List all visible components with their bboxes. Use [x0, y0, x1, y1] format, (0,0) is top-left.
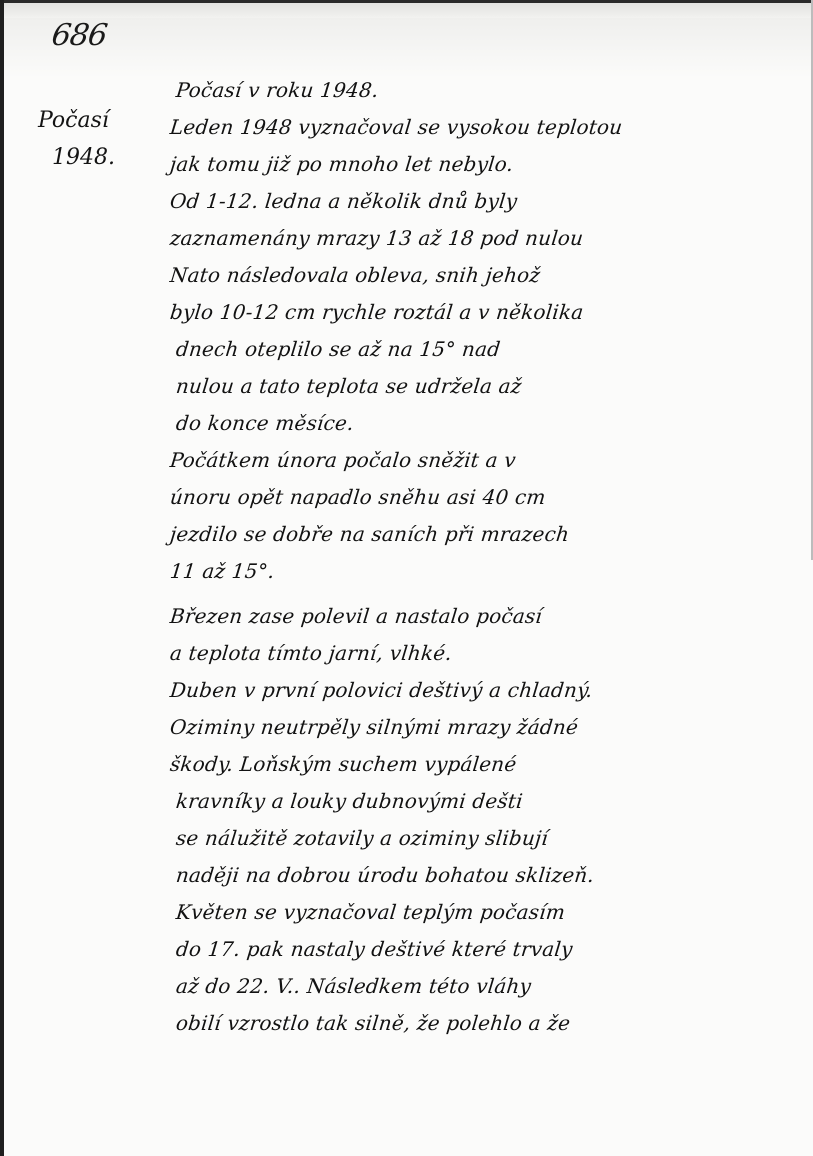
page-number: 686 — [50, 18, 109, 53]
section-title: Počasí v roku 1948. — [168, 72, 802, 109]
margin-note-year: 1948. — [52, 145, 115, 170]
scan-top-edge — [0, 0, 813, 18]
text-line: zaznamenány mrazy 13 až 18 pod nulou — [168, 220, 802, 257]
text-line: a teplota tímto jarní, vlhké. — [168, 635, 802, 672]
scan-left-edge — [0, 0, 4, 1156]
text-line: dnech oteplilo se až na 15° nad — [168, 331, 802, 368]
text-line: Oziminy neutrpěly silnými mrazy žádné — [168, 709, 802, 746]
text-line: do 17. pak nastaly deštivé které trvaly — [168, 931, 802, 968]
text-line: Květen se vyznačoval teplým počasím — [168, 894, 802, 931]
text-line: 11 až 15°. — [168, 553, 802, 590]
text-line: Nato následovala obleva, snih jehož — [168, 257, 802, 294]
text-line: do konce měsíce. — [168, 405, 802, 442]
handwritten-text: Počasí v roku 1948. Leden 1948 vyznačova… — [170, 72, 800, 1042]
text-line: Březen zase polevil a nastalo počasí — [168, 598, 802, 635]
margin-note-topic: Počasí — [38, 108, 109, 133]
text-line: Od 1-12. ledna a několik dnů byly — [168, 183, 802, 220]
text-line: bylo 10-12 cm rychle roztál a v několika — [168, 294, 802, 331]
text-line: škody. Loňským suchem vypálené — [168, 746, 802, 783]
text-line: nulou a tato teplota se udržela až — [168, 368, 802, 405]
text-line: Počátkem února počalo sněžit a v — [168, 442, 802, 479]
text-line: kravníky a louky dubnovými dešti — [168, 783, 802, 820]
text-line: jak tomu již po mnoho let nebylo. — [168, 146, 802, 183]
text-line: se nálužitě zotavily a oziminy slibují — [168, 820, 802, 857]
text-line: Duben v první polovici deštivý a chladný… — [168, 672, 802, 709]
text-line: až do 22. V.. Následkem této vláhy — [168, 968, 802, 1005]
text-line: jezdilo se dobře na saních při mrazech — [168, 516, 802, 553]
chronicle-page: 686 Počasí 1948. Počasí v roku 1948. Led… — [0, 0, 813, 1156]
scan-shadow — [0, 18, 813, 78]
text-line: Leden 1948 vyznačoval se vysokou teploto… — [168, 109, 802, 146]
text-line: únoru opět napadlo sněhu asi 40 cm — [168, 479, 802, 516]
text-line: naději na dobrou úrodu bohatou sklizeň. — [168, 857, 802, 894]
text-line: obilí vzrostlo tak silně, že polehlo a ž… — [168, 1005, 802, 1042]
